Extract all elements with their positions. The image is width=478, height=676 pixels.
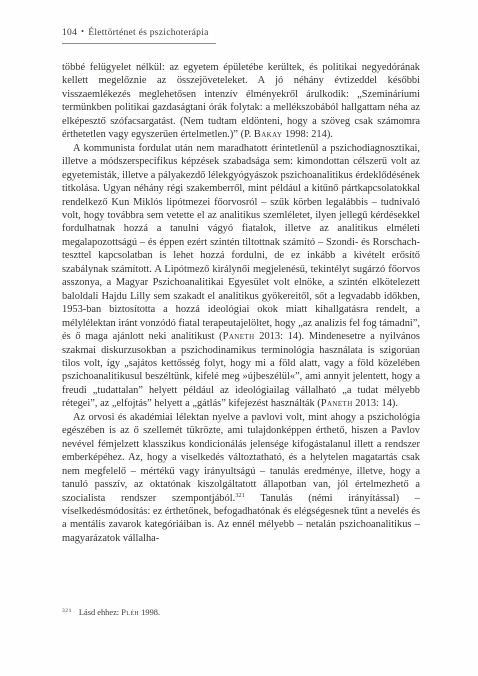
text-segment: 2013: 14). [353, 398, 398, 409]
text-segment: 1998. [139, 608, 160, 617]
text-segment-smallcaps: Paneth [223, 331, 255, 342]
footnote-marker: 321 [62, 608, 72, 614]
text-segment-smallcaps: Pléh [121, 608, 139, 617]
text-segment: Az orvosi és akadémiai lélektan nyelve a… [62, 412, 420, 504]
text-segment: A kommunista fordulat után nem maradhato… [62, 143, 420, 342]
footnote-text: Lásd ehhez: Pléh 1998. [79, 608, 160, 617]
running-title: Élettörténet és pszichoterápia [88, 27, 208, 38]
paragraph: Az orvosi és akadémiai lélektan nyelve a… [62, 411, 420, 546]
running-header: 104•Élettörténet és pszichoterápia [62, 26, 420, 39]
text-segment-sup: 321 [235, 492, 245, 499]
text-segment: 1998: 214). [282, 129, 333, 140]
paragraph: többé felügyelet nélkül: az egyetem épül… [62, 61, 420, 142]
text-segment-smallcaps: Paneth [321, 398, 353, 409]
header-rule [62, 43, 216, 44]
book-page: 104•Élettörténet és pszichoterápia többé… [0, 0, 478, 676]
text-segment-smallcaps: Bakay [254, 129, 283, 140]
header-separator-dot: • [81, 27, 84, 36]
body-text: többé felügyelet nélkül: az egyetem épül… [62, 61, 420, 545]
footnote: 321Lásd ehhez: Pléh 1998. [62, 606, 420, 618]
page-number: 104 [62, 27, 77, 38]
text-segment: többé felügyelet nélkül: az egyetem épül… [62, 62, 420, 140]
text-segment: Lásd ehhez: [79, 608, 121, 617]
paragraph: A kommunista fordulat után nem maradhato… [62, 142, 420, 411]
